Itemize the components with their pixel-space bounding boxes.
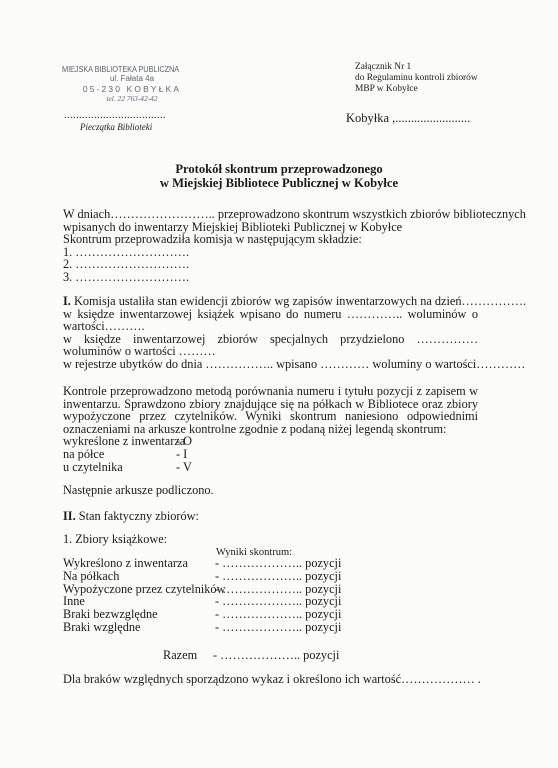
library-stamp: MIEJSKA BIBLIOTEKA PUBLICZNA ul. Fałata …	[62, 64, 202, 104]
intro-line-1: W dniach…………………….. przeprowadzono skontr…	[63, 208, 526, 221]
title-line-1: Protokół skontrum przeprowadzonego	[0, 162, 558, 176]
results-row: Braki względne- ……………….. pozycji	[63, 621, 341, 634]
intro-line-3: Skontrum przeprowadziła komisja w następ…	[63, 233, 526, 246]
section-1-numeral: I.	[63, 294, 71, 308]
place-date-field: Kobyłka ,........................	[346, 111, 470, 126]
stamp-phone: tel. 22 763-42-42	[62, 94, 202, 104]
section-1: I. Komisja ustaliła stan ewidencji zbior…	[63, 295, 526, 371]
section-2-subheading: 1. Zbiory książkowe:	[63, 533, 167, 546]
method-paragraph: Kontrole przeprowadzono metodą porównani…	[63, 385, 478, 435]
method-section: Kontrole przeprowadzono metodą porównani…	[63, 385, 478, 473]
stamp-caption: Pieczątka Biblioteki	[80, 122, 152, 132]
section-1-line-1: Komisja ustaliła stan ewidencji zbiorów …	[71, 294, 526, 308]
document-title: Protokół skontrum przeprowadzonego w Mie…	[0, 162, 558, 190]
annex-line-1: Załącznik Nr 1	[355, 62, 478, 73]
commission-member-3: 3. ……………………….	[63, 271, 526, 284]
legend-row: u czytelnika- V	[63, 461, 478, 474]
title-line-2: w Miejskiej Bibliotece Publicznej w Koby…	[0, 176, 558, 190]
annex-line-3: MBP w Kobyłce	[355, 84, 478, 95]
stamp-street: ul. Fałata 4a	[62, 74, 202, 84]
section-2-heading: II. Stan faktyczny zbiorów:	[63, 510, 199, 523]
section-1-losses: w rejestrze ubytków do dnia …………….. wpis…	[63, 358, 526, 371]
total-value: - ……………….. pozycji	[213, 649, 339, 662]
stamp-name: MIEJSKA BIBLIOTEKA PUBLICZNA	[62, 64, 182, 74]
annex-line-2: do Regulaminu kontroli zbiorów	[355, 73, 478, 84]
results-table: Wykreślono z inwentarza- ……………….. pozycj…	[63, 557, 341, 634]
closing-statement: Dla braków względnych sporządzono wykaz …	[63, 673, 481, 686]
intro-section: W dniach…………………….. przeprowadzono skontr…	[63, 208, 526, 284]
sheets-counted: Następnie arkusze podliczono.	[63, 484, 214, 497]
document-page: MIEJSKA BIBLIOTEKA PUBLICZNA ul. Fałata …	[0, 0, 558, 768]
total-label: Razem	[163, 649, 197, 662]
legend-row: na półce- I	[63, 448, 478, 461]
legend-row: wykreślone z inwentarza- O	[63, 435, 478, 448]
annex-note: Załącznik Nr 1 do Regulaminu kontroli zb…	[355, 62, 478, 95]
section-1-special: w księdze inwentarzowej zbiorów specjaln…	[63, 333, 478, 358]
stamp-city: 05-230 KOBYŁKA	[62, 84, 202, 94]
section-1-books: w księdze inwentarzowej książek wpisano …	[63, 308, 478, 333]
stamp-signature-line: ..................................	[64, 110, 166, 121]
